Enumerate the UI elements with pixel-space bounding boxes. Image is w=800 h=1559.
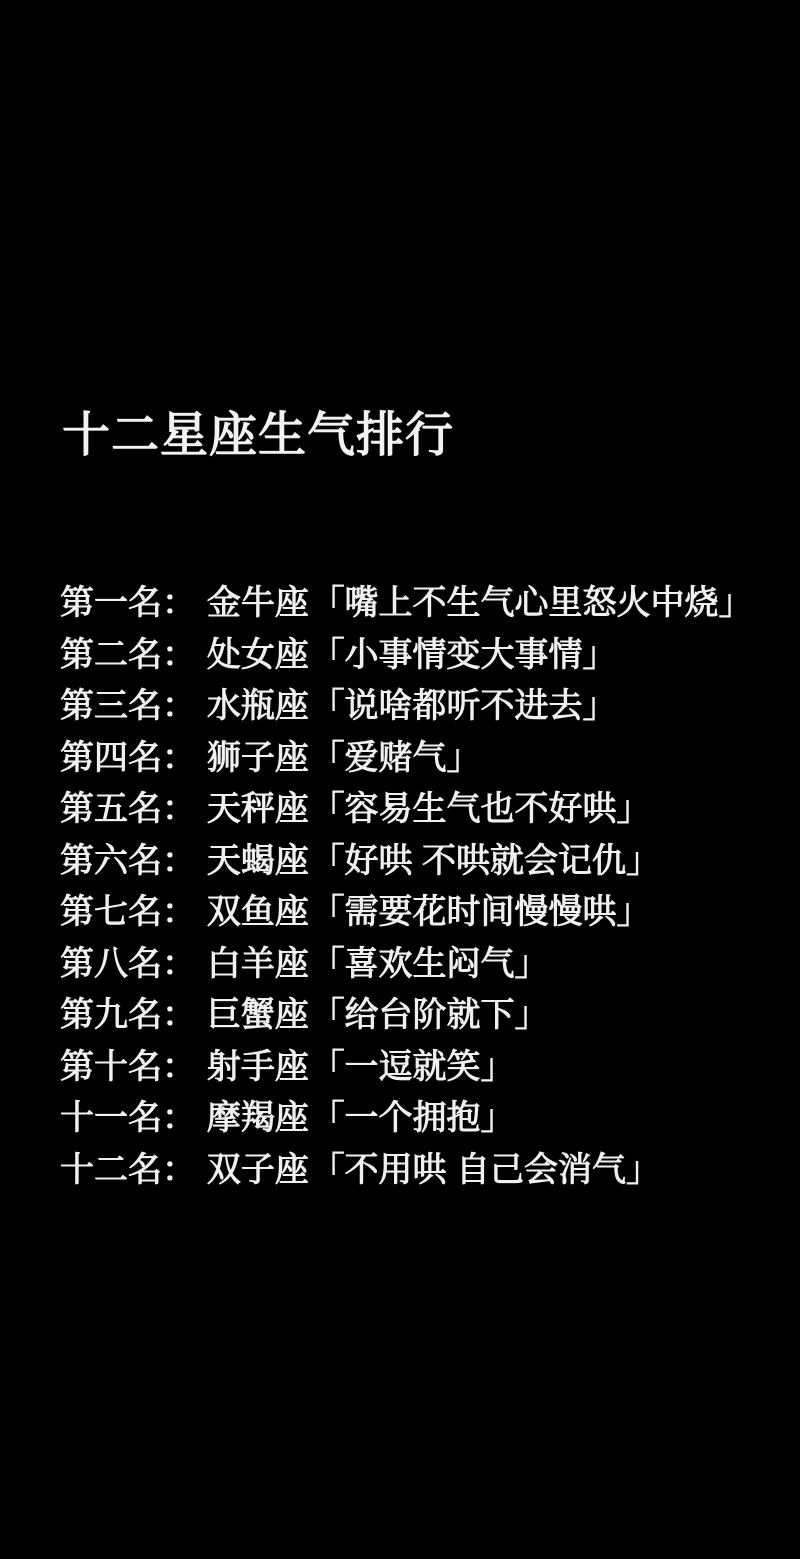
zodiac-sign: 水瓶座 (207, 687, 309, 725)
rank-label: 第四名： (60, 739, 196, 777)
quote-text: 「说啥都听不进去」 (311, 687, 617, 725)
ranking-row-8: 第八名：白羊座「喜欢生闷气」 (60, 939, 780, 991)
rank-label: 十一名： (60, 1099, 196, 1137)
rank-label: 第八名： (60, 945, 196, 983)
zodiac-sign: 摩羯座 (207, 1099, 309, 1137)
ranking-row-4: 第四名：狮子座「爱赌气」 (60, 733, 780, 785)
ranking-row-11: 十一名：摩羯座「一个拥抱」 (60, 1093, 780, 1145)
ranking-row-9: 第九名：巨蟹座「给台阶就下」 (60, 990, 780, 1042)
ranking-list: 第一名：金牛座「嘴上不生气心里怒火中烧」 第二名：处女座「小事情变大事情」 第三… (60, 578, 780, 1196)
quote-text: 「喜欢生闷气」 (311, 945, 549, 983)
rank-label: 第六名： (60, 842, 196, 880)
rank-label: 第七名： (60, 893, 196, 931)
quote-text: 「不用哄 自己会消气」 (311, 1151, 660, 1189)
rank-label: 第三名： (60, 687, 196, 725)
ranking-row-3: 第三名：水瓶座「说啥都听不进去」 (60, 681, 780, 733)
ranking-row-7: 第七名：双鱼座「需要花时间慢慢哄」 (60, 887, 780, 939)
quote-text: 「一个拥抱」 (311, 1099, 515, 1137)
zodiac-sign: 处女座 (207, 636, 309, 674)
page-title: 十二星座生气排行 (62, 408, 454, 463)
rank-label: 第二名： (60, 636, 196, 674)
quote-text: 「好哄 不哄就会记仇」 (311, 842, 660, 880)
ranking-row-5: 第五名：天秤座「容易生气也不好哄」 (60, 784, 780, 836)
zodiac-anger-poster: 十二星座生气排行 第一名：金牛座「嘴上不生气心里怒火中烧」 第二名：处女座「小事… (0, 0, 800, 1559)
zodiac-sign: 射手座 (207, 1048, 309, 1086)
rank-label: 第五名： (60, 790, 196, 828)
quote-text: 「小事情变大事情」 (311, 636, 617, 674)
quote-text: 「一逗就笑」 (311, 1048, 515, 1086)
zodiac-sign: 天蝎座 (207, 842, 309, 880)
ranking-row-1: 第一名：金牛座「嘴上不生气心里怒火中烧」 (60, 578, 780, 630)
rank-label: 第十名： (60, 1048, 196, 1086)
zodiac-sign: 天秤座 (207, 790, 309, 828)
ranking-row-10: 第十名：射手座「一逗就笑」 (60, 1042, 780, 1094)
zodiac-sign: 双子座 (207, 1151, 309, 1189)
zodiac-sign: 狮子座 (207, 739, 309, 777)
ranking-row-2: 第二名：处女座「小事情变大事情」 (60, 630, 780, 682)
quote-text: 「给台阶就下」 (311, 996, 549, 1034)
ranking-row-12: 十二名：双子座「不用哄 自己会消气」 (60, 1145, 780, 1197)
rank-label: 第九名： (60, 996, 196, 1034)
quote-text: 「嘴上不生气心里怒火中烧」 (311, 584, 753, 622)
rank-label: 十二名： (60, 1151, 196, 1189)
zodiac-sign: 金牛座 (207, 584, 309, 622)
quote-text: 「需要花时间慢慢哄」 (311, 893, 651, 931)
zodiac-sign: 巨蟹座 (207, 996, 309, 1034)
zodiac-sign: 双鱼座 (207, 893, 309, 931)
quote-text: 「爱赌气」 (311, 739, 481, 777)
rank-label: 第一名： (60, 584, 196, 622)
ranking-row-6: 第六名：天蝎座「好哄 不哄就会记仇」 (60, 836, 780, 888)
quote-text: 「容易生气也不好哄」 (311, 790, 651, 828)
zodiac-sign: 白羊座 (207, 945, 309, 983)
